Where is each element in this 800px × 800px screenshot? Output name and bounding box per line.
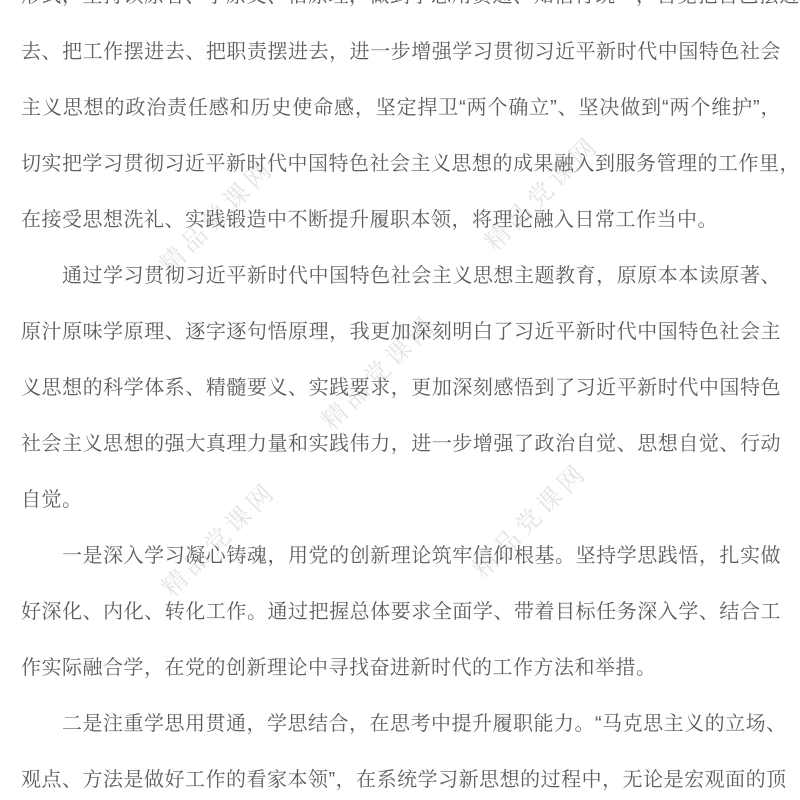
document-page: 精品党课网精品党课网精品党课网精品党课网精品党课网 形式，坚持读原著、学原文、悟… [0,0,800,800]
text-line: 通过学习贯彻习近平新时代中国特色社会主义思想主题教育，原原本本读原著、 [21,248,781,304]
document-text-block: 形式，坚持读原著、学原文、悟原理，做到学思用贯通、知信行统一，自觉把自己摆进去、… [21,0,781,800]
text-line: 形式，坚持读原著、学原文、悟原理，做到学思用贯通、知信行统一，自觉把自己摆进 [21,0,781,24]
text-line: 自觉。 [21,472,781,528]
text-line: 观点、方法是做好工作的看家本领”，在系统学习新思想的过程中，无论是宏观面的顶 [21,752,781,800]
text-line: 一是深入学习凝心铸魂，用党的创新理论筑牢信仰根基。坚持学思践悟，扎实做 [21,528,781,584]
text-line: 切实把学习贯彻习近平新时代中国特色社会主义思想的成果融入到服务管理的工作里， [21,136,781,192]
text-line: 在接受思想洗礼、实践锻造中不断提升履职本领，将理论融入日常工作当中。 [21,192,781,248]
text-line: 社会主义思想的强大真理力量和实践伟力，进一步增强了政治自觉、思想自觉、行动 [21,416,781,472]
text-line: 作实际融合学，在党的创新理论中寻找奋进新时代的工作方法和举措。 [21,640,781,696]
text-line: 原汁原味学原理、逐字逐句悟原理，我更加深刻明白了习近平新时代中国特色社会主 [21,304,781,360]
text-line: 好深化、内化、转化工作。通过把握总体要求全面学、带着目标任务深入学、结合工 [21,584,781,640]
text-line: 主义思想的政治责任感和历史使命感，坚定捍卫“两个确立”、坚决做到“两个维护”， [21,80,781,136]
text-line: 二是注重学思用贯通，学思结合，在思考中提升履职能力。“马克思主义的立场、 [21,696,781,752]
text-line: 义思想的科学体系、精髓要义、实践要求，更加深刻感悟到了习近平新时代中国特色 [21,360,781,416]
text-line: 去、把工作摆进去、把职责摆进去，进一步增强学习贯彻习近平新时代中国特色社会 [21,24,781,80]
